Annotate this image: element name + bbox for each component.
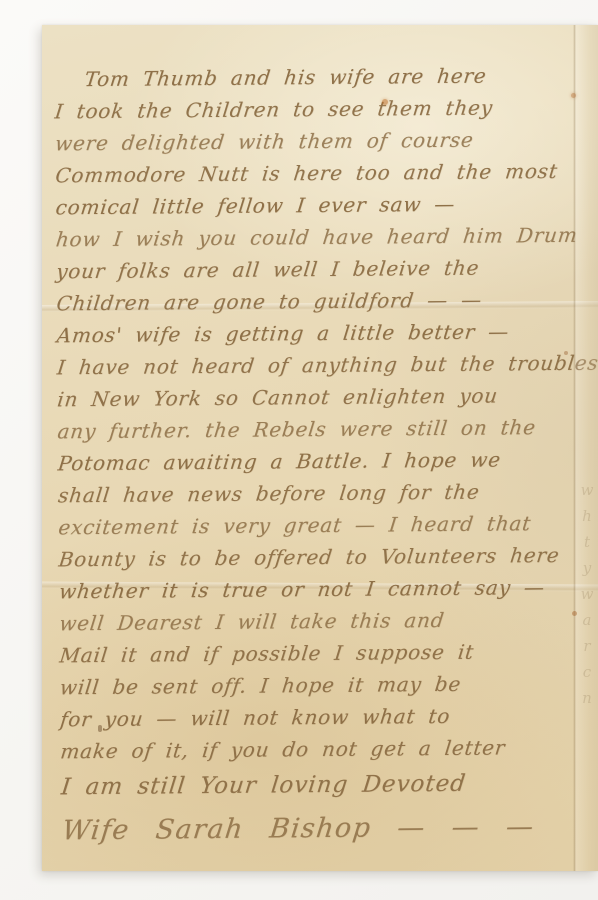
letter-line: were delighted with them of course bbox=[53, 123, 595, 160]
letter-line: I took the Children to see them they bbox=[53, 91, 595, 128]
letter-line: make of it, if you do not get a letter bbox=[59, 731, 598, 768]
letter-line: comical little fellow I ever saw — bbox=[54, 187, 596, 224]
letter-line: Amos' wife is getting a little better — bbox=[55, 315, 597, 352]
signature-line: Wife Sarah Bishop — — — bbox=[59, 803, 598, 856]
letter-line: Potomac awaiting a Battle. I hope we bbox=[56, 443, 598, 480]
letter-line: whether it is true or not I cannot say — bbox=[57, 571, 598, 608]
letter-line: Tom Thumb and his wife are here bbox=[53, 59, 595, 96]
letter-line: your folks are all well I beleive the bbox=[55, 251, 597, 288]
letter-line: well Dearest I will take this and bbox=[58, 603, 598, 640]
letter-line: for you — will not know what to bbox=[58, 699, 598, 736]
fold-shadow bbox=[576, 25, 598, 871]
letter-line: Mail it and if possible I suppose it bbox=[58, 635, 598, 672]
letter-line: will be sent off. I hope it may be bbox=[58, 667, 598, 704]
scanned-letter-page: Tom Thumb and his wife are here I took t… bbox=[0, 0, 598, 900]
letter-line: shall have news before long for the bbox=[56, 475, 598, 512]
letter-paper: Tom Thumb and his wife are here I took t… bbox=[42, 25, 598, 871]
letter-line: Bounty is to be offered to Volunteers he… bbox=[57, 539, 598, 576]
letter-body: Tom Thumb and his wife are here I took t… bbox=[53, 59, 598, 856]
letter-line: excitement is very great — I heard that bbox=[57, 507, 598, 544]
letter-line: any further. the Rebels were still on th… bbox=[56, 411, 598, 448]
letter-line: how I wish you could have heard him Drum bbox=[54, 219, 596, 256]
letter-line: Children are gone to guildford — — bbox=[55, 283, 597, 320]
letter-line: in New York so Cannot enlighten you bbox=[56, 379, 598, 416]
letter-line: Commodore Nutt is here too and the most bbox=[54, 155, 596, 192]
letter-closing-line: I am still Your loving Devoted bbox=[59, 763, 598, 808]
letter-line: I have not heard of anything but the tro… bbox=[55, 347, 597, 384]
